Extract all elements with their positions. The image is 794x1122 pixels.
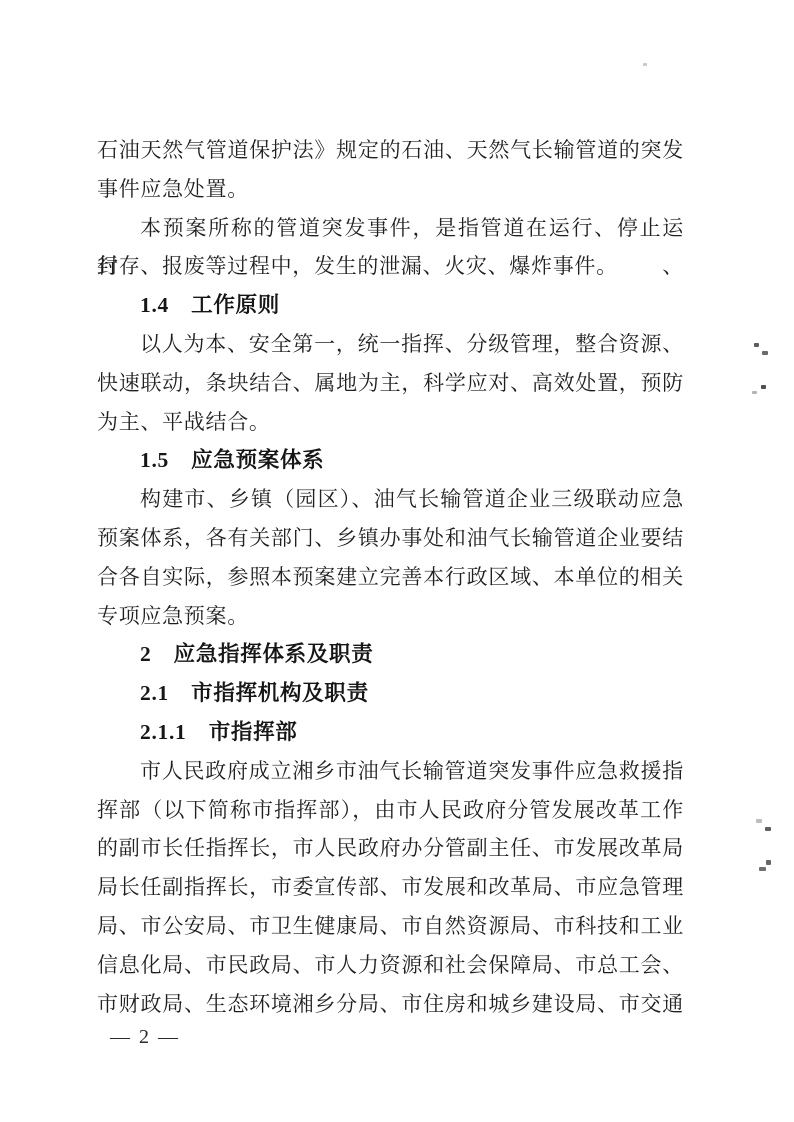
text-line: 市人民政府成立湘乡市油气长输管道突发事件应急救援指	[97, 752, 684, 791]
heading-line: 2 应急指挥体系及职责	[97, 635, 684, 674]
text-line: 石油天然气管道保护法》规定的石油、天然气长输管道的突发	[97, 131, 684, 170]
text-line: 信息化局、市民政局、市人力资源和社会保障局、市总工会、	[97, 946, 684, 985]
text-line: 专项应急预案。	[97, 597, 684, 636]
text-line: 为主、平战结合。	[97, 403, 684, 442]
heading-line: 1.4 工作原则	[97, 286, 684, 325]
text-line: 局、市公安局、市卫生健康局、市自然资源局、市科技和工业	[97, 907, 684, 946]
text-line: 挥部（以下简称市指挥部），由市人民政府分管发展改革工作	[97, 791, 684, 830]
text-line: 局长任副指挥长，市委宣传部、市发展和改革局、市应急管理	[97, 868, 684, 907]
heading-line: 2.1.1 市指挥部	[97, 713, 684, 752]
scan-speck	[761, 385, 766, 389]
scan-speck	[759, 867, 766, 871]
text-line: 快速联动，条块结合、属地为主，科学应对、高效处置，预防	[97, 364, 684, 403]
text-line: 市财政局、生态环境湘乡分局、市住房和城乡建设局、市交通	[97, 985, 684, 1024]
page-number: — 2 —	[110, 1026, 180, 1049]
text-line: 构建市、乡镇（园区）、油气长输管道企业三级联动应急	[97, 480, 684, 519]
scan-speck	[643, 63, 647, 66]
scan-speck	[754, 343, 759, 347]
text-line: 预案体系，各有关部门、乡镇办事处和油气长输管道企业要结	[97, 519, 684, 558]
scan-speck	[766, 860, 771, 865]
text-line: 封存、报废等过程中，发生的泄漏、火灾、爆炸事件。	[97, 247, 684, 286]
text-line: 事件应急处置。	[97, 170, 684, 209]
scan-speck	[756, 819, 762, 823]
text-line: 合各自实际，参照本预案建立完善本行政区域、本单位的相关	[97, 558, 684, 597]
text-block: 石油天然气管道保护法》规定的石油、天然气长输管道的突发事件应急处置。本预案所称的…	[97, 131, 684, 1023]
text-line: 本预案所称的管道突发事件，是指管道在运行、停止运行、	[97, 209, 684, 248]
text-line: 的副市长任指挥长，市人民政府办分管副主任、市发展改革局	[97, 829, 684, 868]
scan-speck	[762, 351, 768, 355]
document-page: 石油天然气管道保护法》规定的石油、天然气长输管道的突发事件应急处置。本预案所称的…	[0, 0, 794, 1122]
scan-speck	[752, 391, 757, 394]
scan-speck	[765, 827, 771, 831]
heading-line: 2.1 市指挥机构及职责	[97, 674, 684, 713]
heading-line: 1.5 应急预案体系	[97, 441, 684, 480]
text-line: 以人为本、安全第一，统一指挥、分级管理，整合资源、	[97, 325, 684, 364]
